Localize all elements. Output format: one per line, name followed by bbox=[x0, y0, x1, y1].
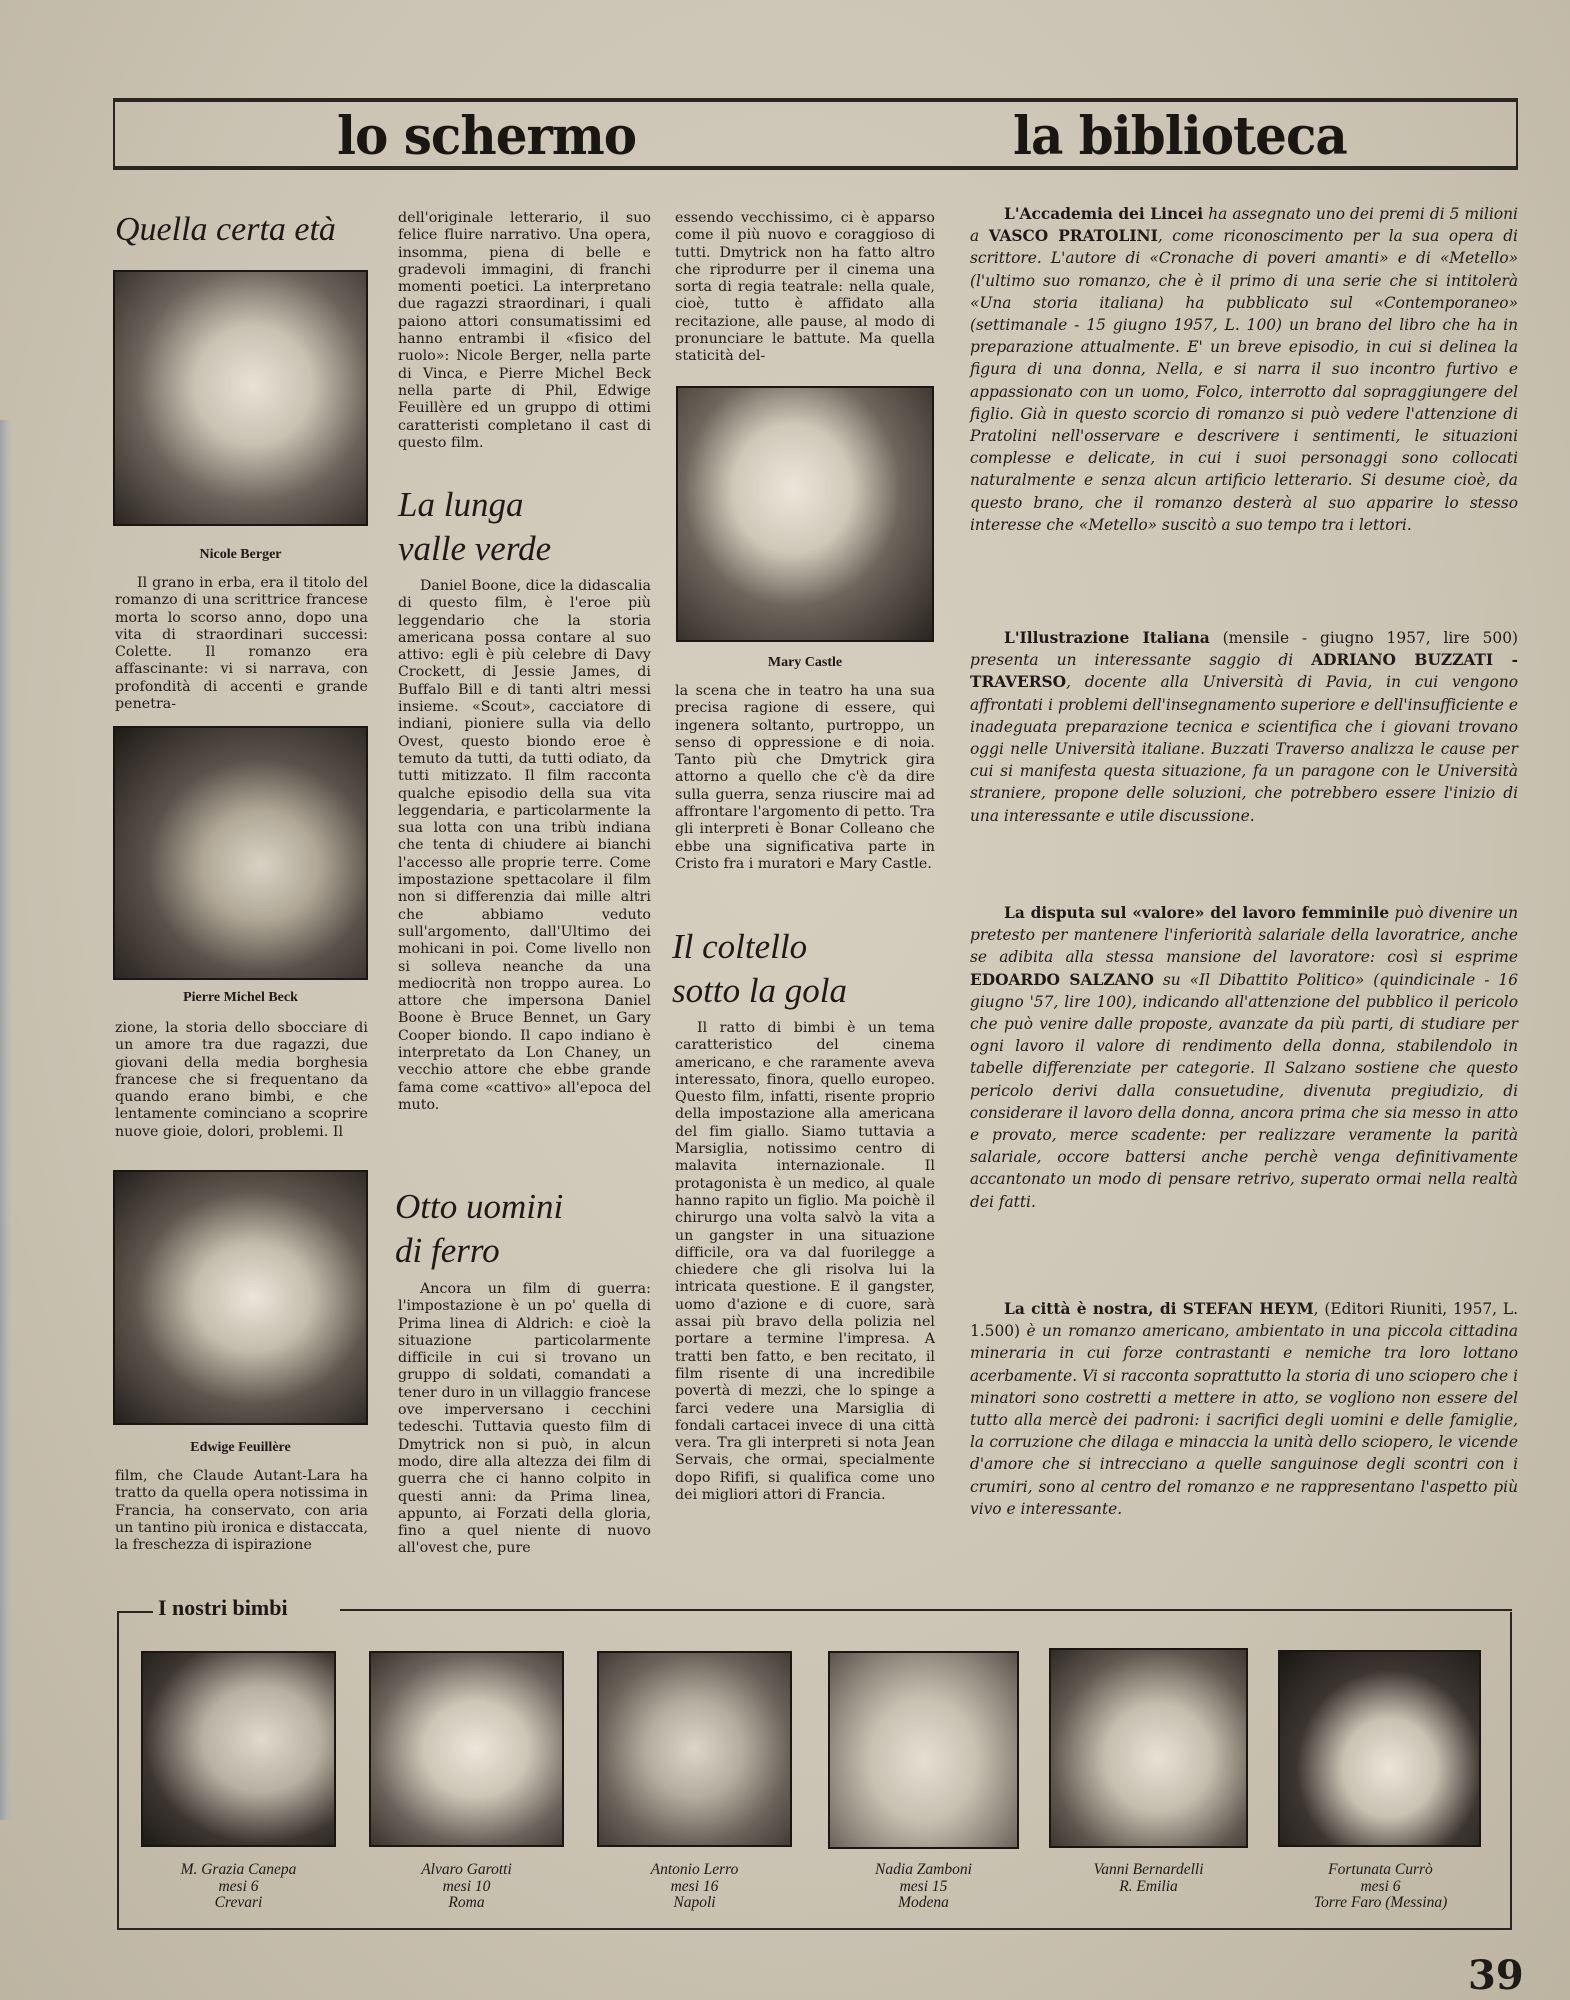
article-text-quella-certa-eta-part4: dell'originale letterario, il suo felice… bbox=[398, 210, 651, 452]
biblioteca-item-illustrazione-italiana: L'Illustrazione Italiana (mensile - giug… bbox=[970, 627, 1518, 827]
bimbi-rule-right bbox=[340, 1609, 1512, 1611]
masthead-right-title: la biblioteca bbox=[1013, 102, 1347, 169]
photo-nicole-berger bbox=[113, 270, 368, 526]
kid-caption-3: Antonio Lerromesi 16Napoli bbox=[586, 1862, 803, 1912]
caption-edwige-feuillere: Edwige Feuillère bbox=[113, 1440, 368, 1456]
caption-nicole-berger: Nicole Berger bbox=[113, 547, 368, 563]
photo-kid-4 bbox=[828, 1651, 1019, 1849]
article-title-la-lunga-valle-verde: La lunga valle verde bbox=[398, 483, 551, 571]
photo-kid-3 bbox=[597, 1651, 792, 1847]
article-text-il-coltello-sotto-la-gola: Il ratto di bimbi è un tema caratteristi… bbox=[675, 1020, 935, 1504]
photo-kid-1 bbox=[141, 1651, 336, 1847]
kid-caption-5: Vanni BernardelliR. Emilia bbox=[1040, 1862, 1257, 1895]
kid-caption-2: Alvaro Garottimesi 10Roma bbox=[358, 1862, 575, 1912]
article-text-quella-certa-eta-part3: film, che Claude Autant-Lara ha tratto d… bbox=[115, 1468, 368, 1554]
biblioteca-item-stefan-heym: La città è nostra, di STEFAN HEYM, (Edit… bbox=[970, 1298, 1518, 1520]
kid-caption-1: M. Grazia Canepamesi 6Crevari bbox=[130, 1862, 347, 1912]
photo-pierre-michel-beck bbox=[113, 726, 368, 980]
kid-caption-4: Nadia Zambonimesi 15Modena bbox=[815, 1862, 1032, 1912]
kid-caption-6: Fortunata Curròmesi 6Torre Faro (Messina… bbox=[1268, 1862, 1493, 1912]
article-text-quella-certa-eta-part1: Il grano in erba, era il titolo del roma… bbox=[115, 575, 368, 713]
article-title-il-coltello-sotto-la-gola: Il coltello sotto la gola bbox=[672, 925, 847, 1013]
caption-mary-castle: Mary Castle bbox=[676, 655, 934, 671]
article-text-otto-uomini-di-ferro-part3: la scena che in teatro ha una sua precis… bbox=[675, 683, 935, 873]
photo-edwige-feuillere bbox=[113, 1170, 368, 1425]
photo-kid-5 bbox=[1049, 1648, 1248, 1848]
page-edge-stain bbox=[0, 420, 12, 1820]
article-text-otto-uomini-di-ferro-part1: Ancora un film di guerra: l'impostazione… bbox=[398, 1281, 651, 1558]
masthead-left-title: lo schermo bbox=[337, 102, 636, 169]
article-text-la-lunga-valle-verde: Daniel Boone, dice la didascalia di ques… bbox=[398, 578, 651, 1114]
masthead: lo schermo la biblioteca bbox=[113, 98, 1518, 170]
photo-kid-6 bbox=[1278, 1650, 1481, 1847]
article-title-quella-certa-eta: Quella certa età bbox=[115, 208, 336, 252]
page-number: 39 bbox=[1468, 1952, 1524, 1999]
article-title-otto-uomini-di-ferro: Otto uomini di ferro bbox=[395, 1185, 563, 1273]
caption-pierre-michel-beck: Pierre Michel Beck bbox=[113, 990, 368, 1006]
photo-mary-castle bbox=[676, 386, 934, 642]
article-text-otto-uomini-di-ferro-part2: essendo vecchissimo, ci è apparso come i… bbox=[675, 210, 935, 366]
photo-kid-2 bbox=[369, 1651, 564, 1847]
article-text-quella-certa-eta-part2: zione, la storia dello sbocciare di un a… bbox=[115, 1020, 368, 1141]
biblioteca-item-lavoro-femminile: La disputa sul «valore» del lavoro femmi… bbox=[970, 902, 1518, 1213]
biblioteca-item-pratolini: L'Accademia dei Lincei ha assegnato uno … bbox=[970, 203, 1518, 536]
